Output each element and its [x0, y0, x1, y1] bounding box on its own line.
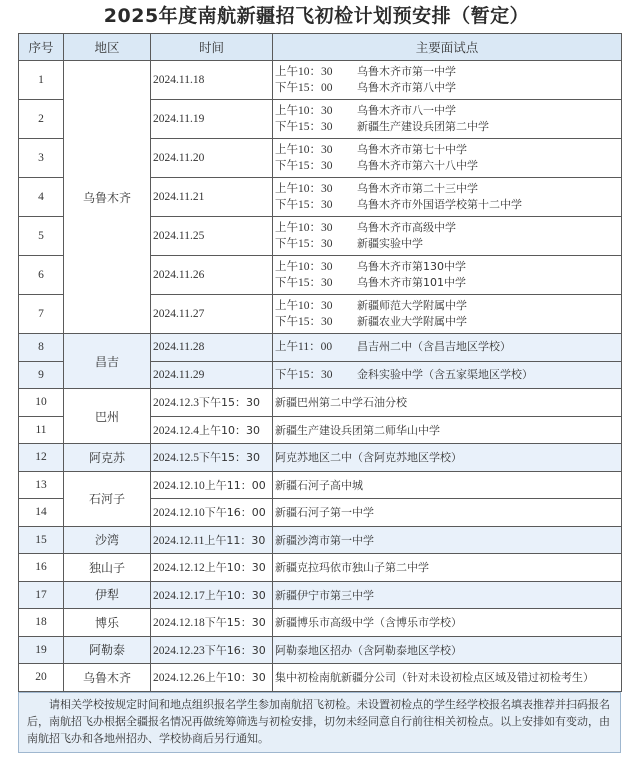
date-text: 2024.12.5 — [153, 452, 199, 464]
table-row: 8 昌吉 2024.11.28 上午11：00昌吉州二中（含昌吉地区学校） — [19, 334, 622, 362]
site-cell: 新疆伊宁市第三中学 — [273, 581, 622, 609]
date-cell: 2024.11.28 — [151, 334, 273, 362]
page-title: 2025年度南航新疆招飞初检计划预安排（暂定） — [0, 3, 633, 29]
row-number: 2 — [19, 100, 64, 139]
schedule-table: 序号 地区 时间 主要面试点 1 乌鲁木齐 2024.11.18 上午10：30… — [18, 33, 622, 692]
date-text: 2024.12.17 — [153, 590, 205, 602]
table-header-row: 序号 地区 时间 主要面试点 — [19, 34, 622, 61]
session-site: 乌鲁木齐市第一中学 — [357, 65, 456, 78]
datetime-cell: 2024.12.23下午16：30 — [151, 636, 273, 664]
session-time: 上午10：30 — [275, 181, 357, 197]
row-number: 7 — [19, 295, 64, 334]
site-cell: 新疆石河子高中城 — [273, 471, 622, 499]
site-cell: 阿勒泰地区招办（含阿勒泰地区学校） — [273, 636, 622, 664]
time-text: 上午11：30 — [204, 534, 265, 547]
table-row: 10 巴州 2024.12.3下午15：30 新疆巴州第二中学石油分校 — [19, 389, 622, 417]
date-text: 2024.12.10 — [153, 480, 205, 492]
session-site: 乌鲁木齐市外国语学校第十二中学 — [357, 198, 522, 211]
session-time: 上午10：30 — [275, 142, 357, 158]
session-site: 新疆师范大学附属中学 — [357, 299, 467, 312]
row-number: 4 — [19, 178, 64, 217]
site-cell: 阿克苏地区二中（含阿克苏地区学校） — [273, 444, 622, 472]
time-text: 上午10：30 — [205, 671, 266, 684]
date-cell: 2024.11.19 — [151, 100, 273, 139]
site-cell: 上午10：30乌鲁木齐市高级中学 下午15：30新疆实验中学 — [273, 217, 622, 256]
row-number: 17 — [19, 581, 64, 609]
session-time: 上午10：30 — [275, 103, 357, 119]
table-row: 15 沙湾 2024.12.11上午11：30 新疆沙湾市第一中学 — [19, 526, 622, 554]
date-text: 2024.12.12 — [153, 562, 205, 574]
datetime-cell: 2024.12.3下午15：30 — [151, 389, 273, 417]
session-site: 乌鲁木齐市高级中学 — [357, 221, 456, 234]
header-region: 地区 — [64, 34, 151, 61]
header-number: 序号 — [19, 34, 64, 61]
date-text: 2024.12.11 — [153, 535, 204, 547]
session-site: 乌鲁木齐市第130中学 — [357, 260, 466, 273]
session-site: 乌鲁木齐市第二十三中学 — [357, 182, 478, 195]
date-cell: 2024.11.27 — [151, 295, 273, 334]
session-time: 上午10：30 — [275, 64, 357, 80]
region-cell: 沙湾 — [64, 526, 151, 554]
row-number: 12 — [19, 444, 64, 472]
site-cell: 新疆生产建设兵团第二师华山中学 — [273, 416, 622, 444]
region-cell: 阿勒泰 — [64, 636, 151, 664]
session-site: 乌鲁木齐市第六十八中学 — [357, 159, 478, 172]
time-text: 上午10：30 — [205, 589, 266, 602]
date-text: 2024.12.26 — [153, 672, 205, 684]
site-cell: 上午10：30乌鲁木齐市第二十三中学 下午15：30乌鲁木齐市外国语学校第十二中… — [273, 178, 622, 217]
datetime-cell: 2024.12.10上午11：00 — [151, 471, 273, 499]
datetime-cell: 2024.12.11上午11：30 — [151, 526, 273, 554]
site-cell: 集中初检南航新疆分公司（针对未设初检点区域及错过初检考生） — [273, 664, 622, 692]
site-cell: 上午11：00昌吉州二中（含昌吉地区学校） — [273, 334, 622, 362]
session-time: 下午15：30 — [275, 367, 357, 383]
region-cell-changji: 昌吉 — [64, 334, 151, 389]
time-text: 下午15：30 — [199, 396, 260, 409]
date-text: 2024.12.4 — [153, 425, 199, 437]
date-cell: 2024.11.29 — [151, 361, 273, 389]
session-site: 新疆生产建设兵团第二中学 — [357, 120, 489, 133]
region-cell: 乌鲁木齐 — [64, 664, 151, 692]
table-row: 17 伊犁 2024.12.17上午10：30 新疆伊宁市第三中学 — [19, 581, 622, 609]
site-cell: 上午10：30乌鲁木齐市第一中学 下午15：00乌鲁木齐市第八中学 — [273, 61, 622, 100]
row-number: 6 — [19, 256, 64, 295]
datetime-cell: 2024.12.18下午15：30 — [151, 609, 273, 637]
row-number: 10 — [19, 389, 64, 417]
row-number: 18 — [19, 609, 64, 637]
region-cell: 阿克苏 — [64, 444, 151, 472]
time-text: 下午15：30 — [205, 616, 266, 629]
site-cell: 下午15：30金科实验中学（含五家渠地区学校） — [273, 361, 622, 389]
session-time: 下午15：30 — [275, 236, 357, 252]
session-time: 上午10：30 — [275, 220, 357, 236]
row-number: 19 — [19, 636, 64, 664]
row-number: 3 — [19, 139, 64, 178]
row-number: 15 — [19, 526, 64, 554]
row-number: 8 — [19, 334, 64, 362]
session-site: 乌鲁木齐市第七十中学 — [357, 143, 467, 156]
session-site: 昌吉州二中（含昌吉地区学校） — [357, 340, 511, 353]
table-row: 20 乌鲁木齐 2024.12.26上午10：30 集中初检南航新疆分公司（针对… — [19, 664, 622, 692]
row-number: 1 — [19, 61, 64, 100]
session-site: 新疆农业大学附属中学 — [357, 315, 467, 328]
footnote: 请相关学校按规定时间和地点组织报名学生参加南航招飞初检。未设置初检点的学生经学校… — [18, 692, 621, 753]
row-number: 13 — [19, 471, 64, 499]
session-site: 金科实验中学（含五家渠地区学校） — [357, 368, 533, 381]
site-cell: 新疆克拉玛依市独山子第二中学 — [273, 554, 622, 582]
session-site: 乌鲁木齐市第八中学 — [357, 81, 456, 94]
table-row: 13 石河子 2024.12.10上午11：00 新疆石河子高中城 — [19, 471, 622, 499]
datetime-cell: 2024.12.17上午10：30 — [151, 581, 273, 609]
row-number: 9 — [19, 361, 64, 389]
region-cell-shihezi: 石河子 — [64, 471, 151, 526]
time-text: 上午11：00 — [205, 479, 266, 492]
time-text: 下午15：30 — [199, 451, 260, 464]
region-cell-bazhou: 巴州 — [64, 389, 151, 444]
site-cell: 上午10：30乌鲁木齐市八一中学 下午15：30新疆生产建设兵团第二中学 — [273, 100, 622, 139]
table-row: 18 博乐 2024.12.18下午15：30 新疆博乐市高级中学（含博乐市学校… — [19, 609, 622, 637]
row-number: 11 — [19, 416, 64, 444]
table-row: 16 独山子 2024.12.12上午10：30 新疆克拉玛依市独山子第二中学 — [19, 554, 622, 582]
table-row: 12 阿克苏 2024.12.5下午15：30 阿克苏地区二中（含阿克苏地区学校… — [19, 444, 622, 472]
date-text: 2024.12.10 — [153, 507, 205, 519]
row-number: 16 — [19, 554, 64, 582]
session-time: 下午15：30 — [275, 197, 357, 213]
session-site: 乌鲁木齐市八一中学 — [357, 104, 456, 117]
session-time: 下午15：00 — [275, 80, 357, 96]
region-cell: 独山子 — [64, 554, 151, 582]
datetime-cell: 2024.12.10下午16：00 — [151, 499, 273, 527]
time-text: 上午10：30 — [205, 561, 266, 574]
session-site: 乌鲁木齐市第101中学 — [357, 276, 466, 289]
row-number: 14 — [19, 499, 64, 527]
date-cell: 2024.11.26 — [151, 256, 273, 295]
time-text: 上午10：30 — [199, 424, 260, 437]
date-cell: 2024.11.25 — [151, 217, 273, 256]
table-row: 1 乌鲁木齐 2024.11.18 上午10：30乌鲁木齐市第一中学 下午15：… — [19, 61, 622, 100]
session-time: 下午15：30 — [275, 275, 357, 291]
datetime-cell: 2024.12.26上午10：30 — [151, 664, 273, 692]
region-cell: 伊犁 — [64, 581, 151, 609]
datetime-cell: 2024.12.12上午10：30 — [151, 554, 273, 582]
region-cell: 博乐 — [64, 609, 151, 637]
site-cell: 新疆博乐市高级中学（含博乐市学校） — [273, 609, 622, 637]
row-number: 5 — [19, 217, 64, 256]
date-text: 2024.12.3 — [153, 397, 199, 409]
site-cell: 上午10：30新疆师范大学附属中学 下午15：30新疆农业大学附属中学 — [273, 295, 622, 334]
header-time: 时间 — [151, 34, 273, 61]
time-text: 下午16：00 — [205, 506, 266, 519]
datetime-cell: 2024.12.4上午10：30 — [151, 416, 273, 444]
session-time: 上午11：00 — [275, 339, 357, 355]
row-number: 20 — [19, 664, 64, 692]
date-cell: 2024.11.18 — [151, 61, 273, 100]
session-time: 上午10：30 — [275, 259, 357, 275]
site-cell: 新疆沙湾市第一中学 — [273, 526, 622, 554]
header-site: 主要面试点 — [273, 34, 622, 61]
site-cell: 新疆石河子第一中学 — [273, 499, 622, 527]
site-cell: 新疆巴州第二中学石油分校 — [273, 389, 622, 417]
session-time: 下午15：30 — [275, 119, 357, 135]
date-cell: 2024.11.20 — [151, 139, 273, 178]
region-cell-urumqi: 乌鲁木齐 — [64, 61, 151, 334]
session-site: 新疆实验中学 — [357, 237, 423, 250]
date-text: 2024.12.18 — [153, 617, 205, 629]
session-time: 上午10：30 — [275, 298, 357, 314]
date-cell: 2024.11.21 — [151, 178, 273, 217]
site-cell: 上午10：30乌鲁木齐市第130中学 下午15：30乌鲁木齐市第101中学 — [273, 256, 622, 295]
time-text: 下午16：30 — [205, 644, 266, 657]
datetime-cell: 2024.12.5下午15：30 — [151, 444, 273, 472]
session-time: 下午15：30 — [275, 158, 357, 174]
site-cell: 上午10：30乌鲁木齐市第七十中学 下午15：30乌鲁木齐市第六十八中学 — [273, 139, 622, 178]
session-time: 下午15：30 — [275, 314, 357, 330]
table-row: 19 阿勒泰 2024.12.23下午16：30 阿勒泰地区招办（含阿勒泰地区学… — [19, 636, 622, 664]
date-text: 2024.12.23 — [153, 645, 205, 657]
